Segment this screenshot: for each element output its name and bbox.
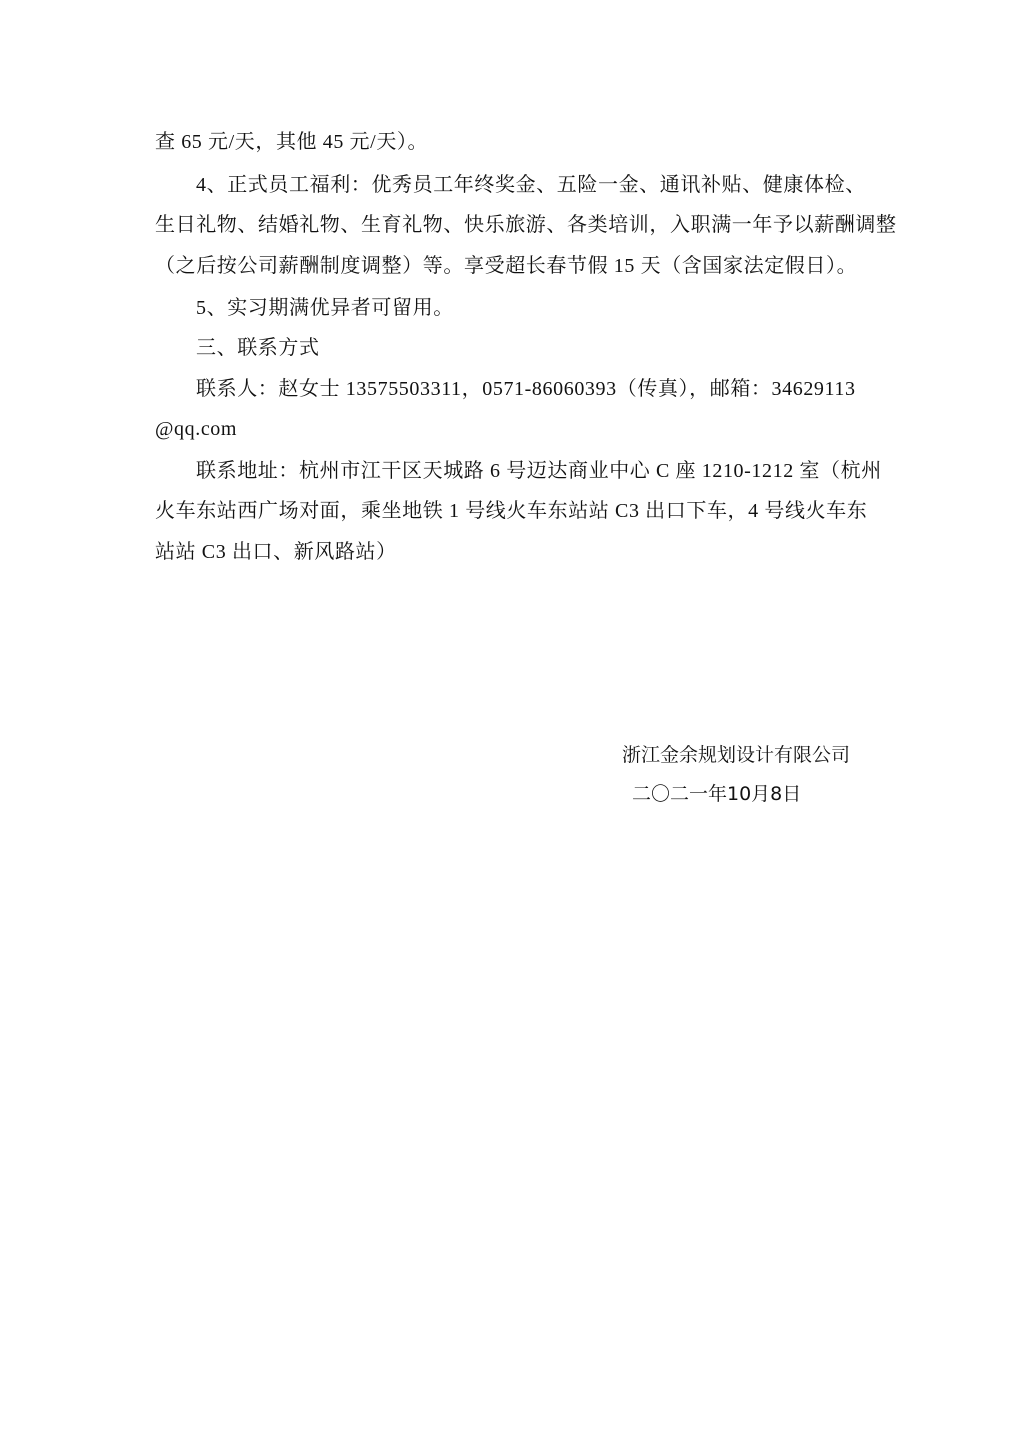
text-line-email-domain: @qq.com	[155, 416, 237, 442]
text-line-address: 联系地址：杭州市江干区天城路 6 号迈达商业中心 C 座 1210-1212 室…	[196, 458, 882, 484]
text-line-benefits-continued: 生日礼物、结婚礼物、生育礼物、快乐旅游、各类培训，入职满一年予以薪酬调整	[155, 212, 897, 238]
text-line-address-directions: 火车东站西广场对面，乘坐地铁 1 号线火车东站站 C3 出口下车，4 号线火车东	[155, 498, 867, 524]
text-line-meal-allowance-end: 查 65 元/天，其他 45 元/天）。	[155, 129, 428, 155]
text-line-benefits-holiday: （之后按公司薪酬制度调整）等。享受超长春节假 15 天（含国家法定假日）。	[155, 253, 857, 279]
signature-date: 二〇二一年10月8日	[632, 781, 801, 807]
section-heading-contact: 三、联系方式	[196, 335, 320, 361]
text-line-contact-person: 联系人：赵女士 13575503311，0571-86060393（传真），邮箱…	[196, 376, 856, 402]
text-line-internship-item-5: 5、实习期满优异者可留用。	[196, 295, 454, 321]
text-line-benefits-item-4: 4、正式员工福利：优秀员工年终奖金、五险一金、通讯补贴、健康体检、	[196, 172, 866, 198]
signature-company: 浙江金余规划设计有限公司	[622, 742, 850, 768]
document-page: 查 65 元/天，其他 45 元/天）。 4、正式员工福利：优秀员工年终奖金、五…	[0, 0, 1024, 1449]
text-line-address-end: 站站 C3 出口、新风路站）	[155, 539, 397, 565]
